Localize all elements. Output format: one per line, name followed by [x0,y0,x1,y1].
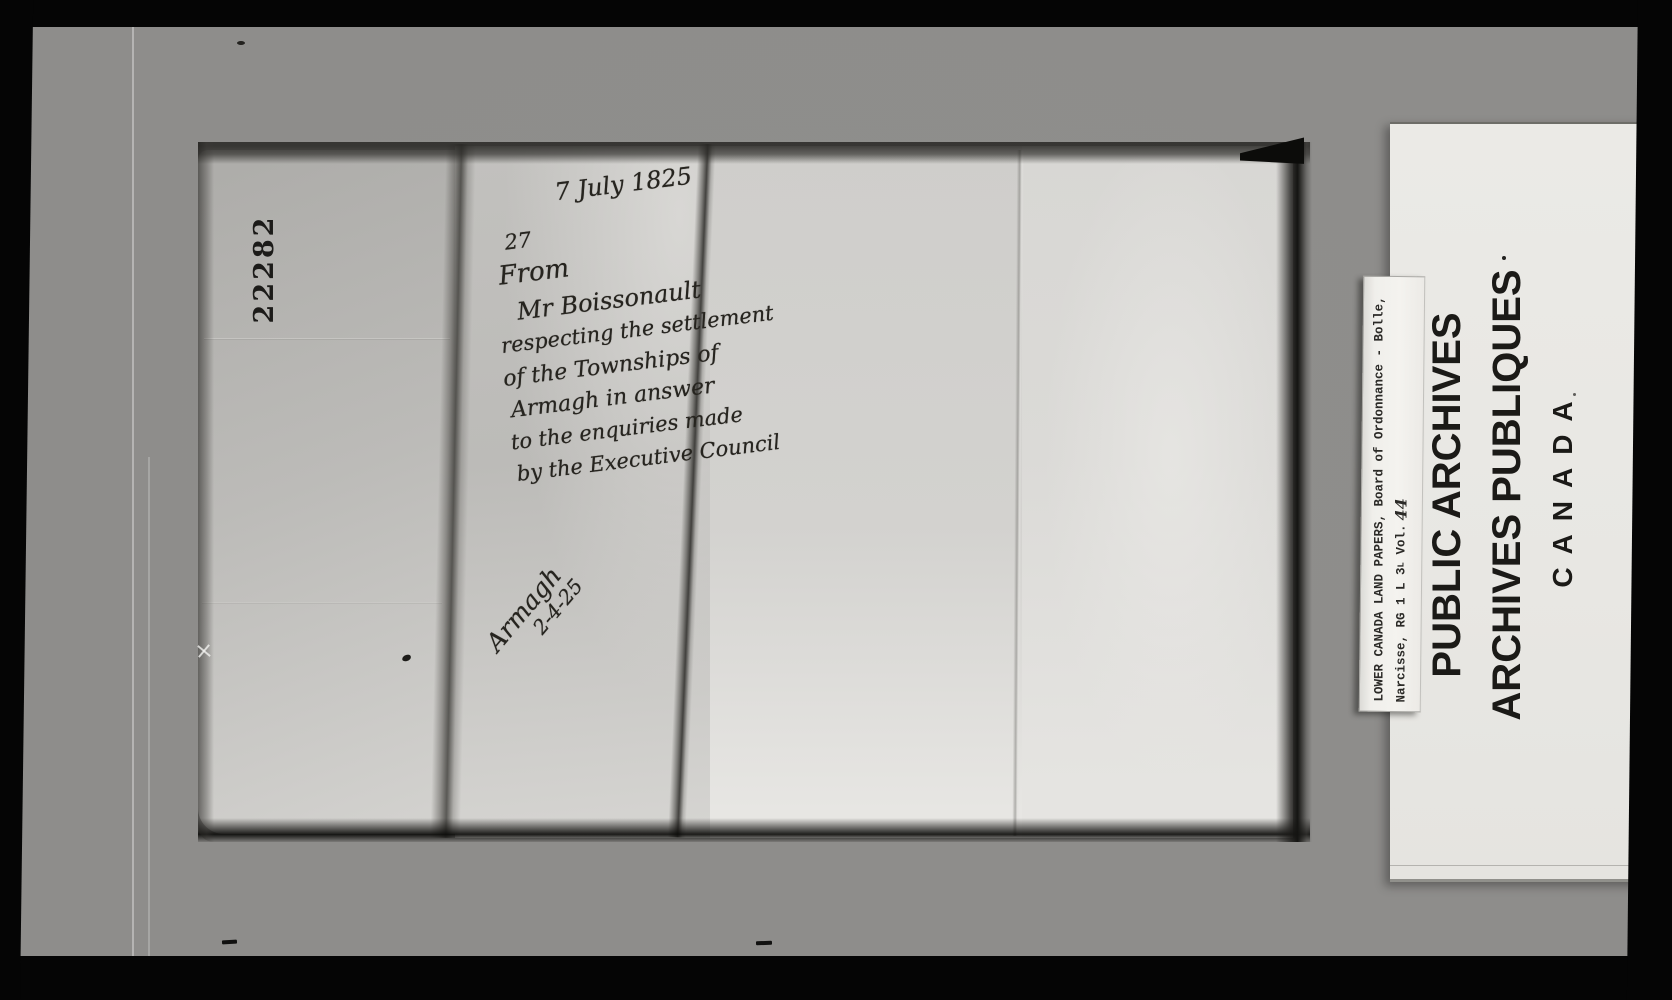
slip-volume-number: 44 [1392,498,1411,520]
slip-line-1: LOWER CANADA LAND PAPERS, Board of Ordon… [1371,276,1388,702]
scratch-star-mark [196,643,212,659]
film-frame-top [0,0,1672,27]
card-speck [1502,256,1506,260]
film-scratch-line [148,457,150,956]
page-number-stamp: 22282 [244,214,284,324]
document-right-shadow [1276,142,1312,842]
paper-crease [202,602,442,604]
registration-dash [756,941,772,946]
document-left-shadow [198,142,214,842]
document-panel-1 [198,150,455,834]
card-speck [1573,393,1576,396]
slip-line-2-text: Narcisse, RG 1 L 3 [1394,567,1408,702]
dust-speck [237,41,245,45]
archival-photo-scene: 22282 7 July 1825 27 From Mr Boissonault… [0,0,1672,1000]
document-panel-4 [1022,146,1293,838]
document-bottom-shadow [198,818,1310,842]
film-frame-bottom [0,956,1672,1000]
handwritten-docket: 7 July 1825 27 From Mr Boissonault respe… [475,147,803,510]
card-title-public-archives: PUBLIC ARCHIVES [1423,285,1471,705]
card-crease [1390,865,1644,866]
docket-salutation: From [497,253,571,291]
paper-crease [204,338,450,340]
film-scratch-line [132,27,134,956]
docket-mark: 27 [503,228,532,255]
slip-superscript: L [1396,562,1406,567]
slip-vol-label: Vol. [1394,525,1408,555]
card-title-archives-publiques: ARCHIVES PUBLIQUES [1483,275,1531,715]
registration-dash [222,940,237,945]
slip-line-2: Narcisse, RG 1 L 3L Vol.44 [1392,277,1411,703]
card-title-canada: CANADA [1543,373,1583,603]
card-bottom-edge [1390,879,1644,882]
